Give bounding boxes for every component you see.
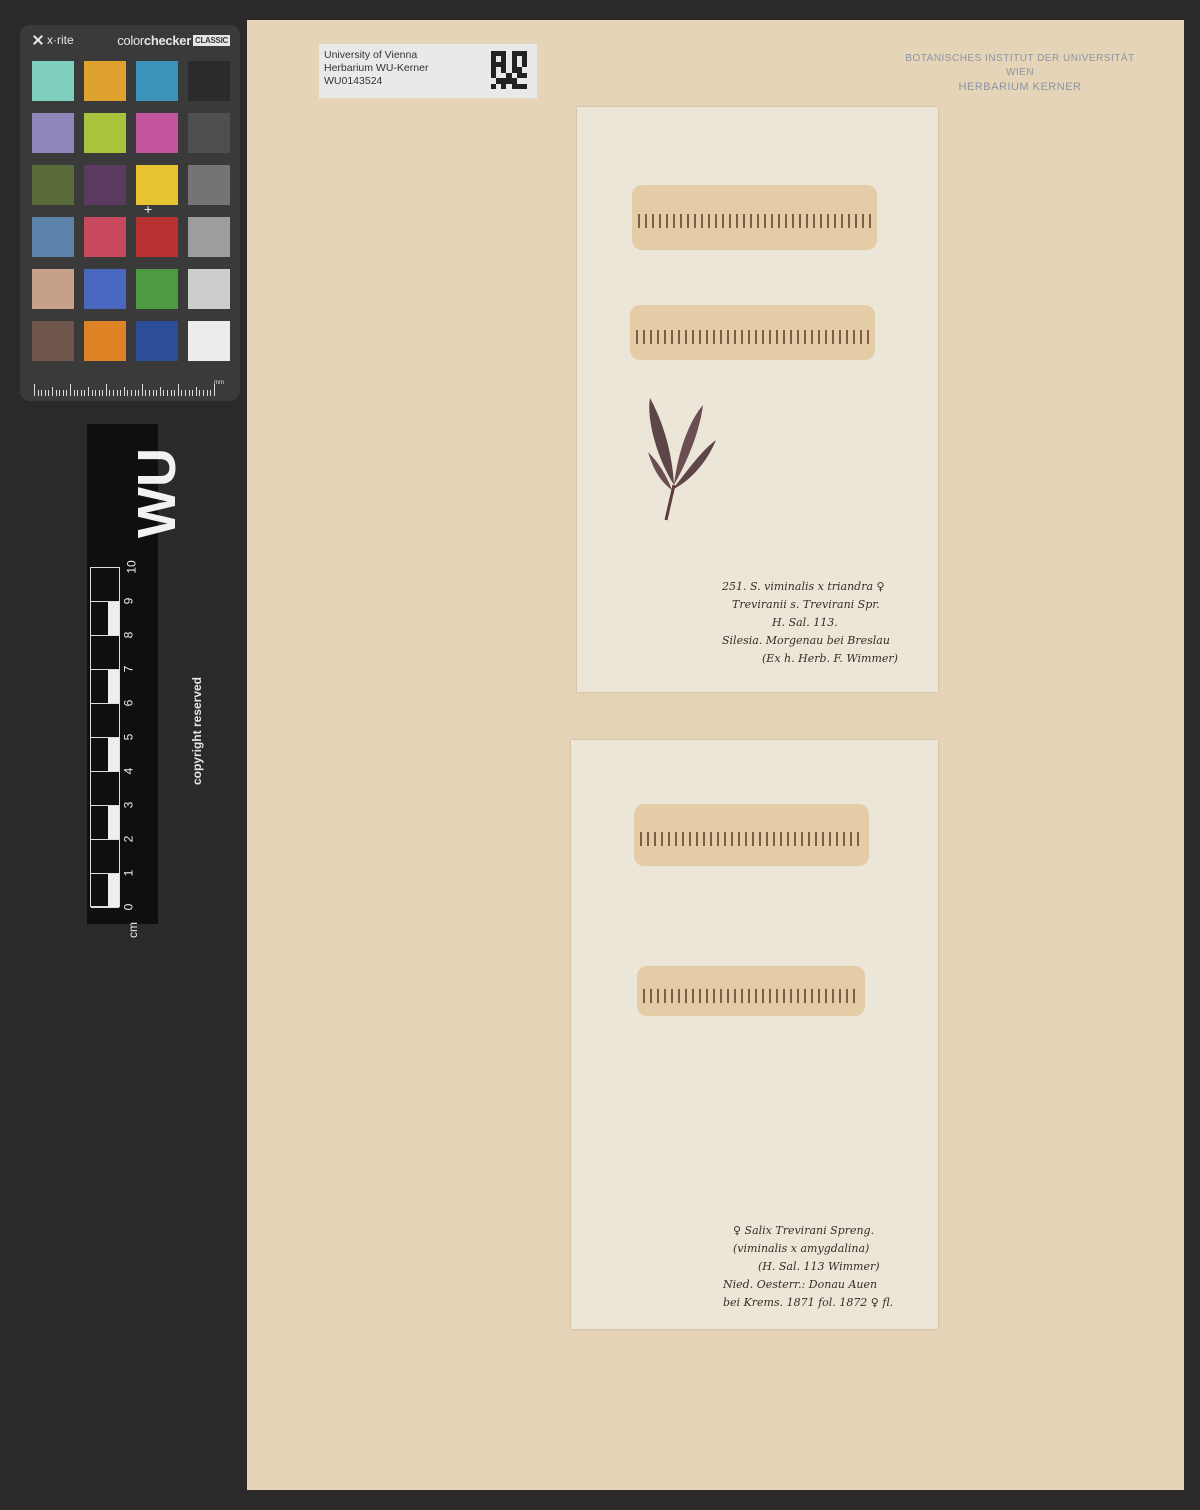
color-patch [188, 217, 230, 257]
product-name-light: color [117, 33, 144, 48]
cm-tick-label: 5 [121, 734, 135, 741]
wu-scale-bar: WU 012345678910cm copyright reserved [87, 424, 158, 924]
annotation-line: Nied. Oesterr.: Donau Auen [723, 1276, 948, 1294]
color-patch [32, 269, 74, 309]
qr-code-icon [491, 51, 527, 89]
color-patch [136, 217, 178, 257]
product-name: colorcheckerCLASSIC [117, 33, 230, 48]
color-patch [136, 165, 178, 205]
annotation-line: Treviranii s. Trevirani Spr. [722, 596, 942, 614]
cm-tick-label: 6 [121, 700, 135, 707]
xrite-icon [32, 34, 44, 46]
cm-tick-label: 10 [125, 560, 139, 573]
annotation-line: ♀ Salix Trevirani Spreng. [733, 1222, 948, 1240]
cm-tick-label: 8 [121, 632, 135, 639]
specimen-strip [637, 966, 865, 1016]
mm-unit-label: mm [214, 380, 224, 386]
mm-ruler [34, 382, 214, 396]
stamp-line-2: HERBARIUM KERNER [900, 80, 1140, 94]
annotation-line: (Ex h. Herb. F. Wimmer) [722, 650, 942, 668]
annotation-line: (H. Sal. 113 Wimmer) [733, 1258, 948, 1276]
color-patch [32, 113, 74, 153]
color-patch [188, 269, 230, 309]
brand-text: x·rite [47, 33, 74, 47]
color-patch [32, 165, 74, 205]
specimen-strip [634, 804, 869, 866]
specimen-annotation-top: 251. S. viminalis x triandra ♀ Trevirani… [722, 578, 942, 668]
color-patch [84, 269, 126, 309]
annotation-line: Silesia. Morgenau bei Breslau [722, 632, 942, 650]
cm-tick-label: 7 [121, 666, 135, 673]
stamp-line-1: BOTANISCHES INSTITUT DER UNIVERSITÄT WIE… [900, 52, 1140, 80]
classic-badge: CLASSIC [193, 35, 230, 46]
color-patches-grid [32, 61, 230, 361]
product-name-bold: checker [144, 33, 191, 48]
cm-tick-label: 0 [121, 904, 135, 911]
cm-unit-label: cm [126, 922, 140, 938]
color-patch [84, 165, 126, 205]
color-patch [84, 321, 126, 361]
leaf-specimen-icon [628, 390, 718, 530]
color-patch [136, 113, 178, 153]
color-patch [32, 321, 74, 361]
annotation-line: (viminalis x amygdalina) [733, 1240, 948, 1258]
color-patch [32, 61, 74, 101]
copyright-notice: copyright reserved [190, 631, 204, 831]
annotation-line: H. Sal. 113. [722, 614, 942, 632]
color-patch [136, 61, 178, 101]
color-patch [136, 321, 178, 361]
catalog-label: University of Vienna Herbarium WU-Kerner… [319, 44, 537, 98]
cm-tick-label: 3 [121, 802, 135, 809]
color-patch [84, 113, 126, 153]
color-patch [188, 113, 230, 153]
cm-ruler: 012345678910cm [90, 567, 120, 907]
color-patch [188, 61, 230, 101]
cm-tick-label: 4 [121, 768, 135, 775]
color-patch [188, 321, 230, 361]
color-patch [136, 269, 178, 309]
annotation-line: bei Krems. 1871 fol. 1872 ♀ fl. [723, 1294, 948, 1312]
cm-tick-label: 1 [121, 870, 135, 877]
wu-logo: WU [126, 443, 188, 543]
specimen-strip [630, 305, 875, 360]
specimen-annotation-bottom: ♀ Salix Trevirani Spreng. (viminalis x a… [733, 1222, 948, 1312]
color-patch [32, 217, 74, 257]
crosshair-icon: + [144, 201, 152, 217]
specimen-strip [632, 185, 877, 250]
cm-tick-label: 9 [121, 598, 135, 605]
color-patch [188, 165, 230, 205]
annotation-line: 251. S. viminalis x triandra ♀ [722, 578, 942, 596]
xrite-logo: x·rite [32, 33, 74, 47]
cm-tick-label: 2 [121, 836, 135, 843]
color-patch [84, 217, 126, 257]
color-checker-card: x·rite colorcheckerCLASSIC + mm [20, 25, 240, 401]
institution-stamp: BOTANISCHES INSTITUT DER UNIVERSITÄT WIE… [900, 52, 1140, 94]
color-patch [84, 61, 126, 101]
